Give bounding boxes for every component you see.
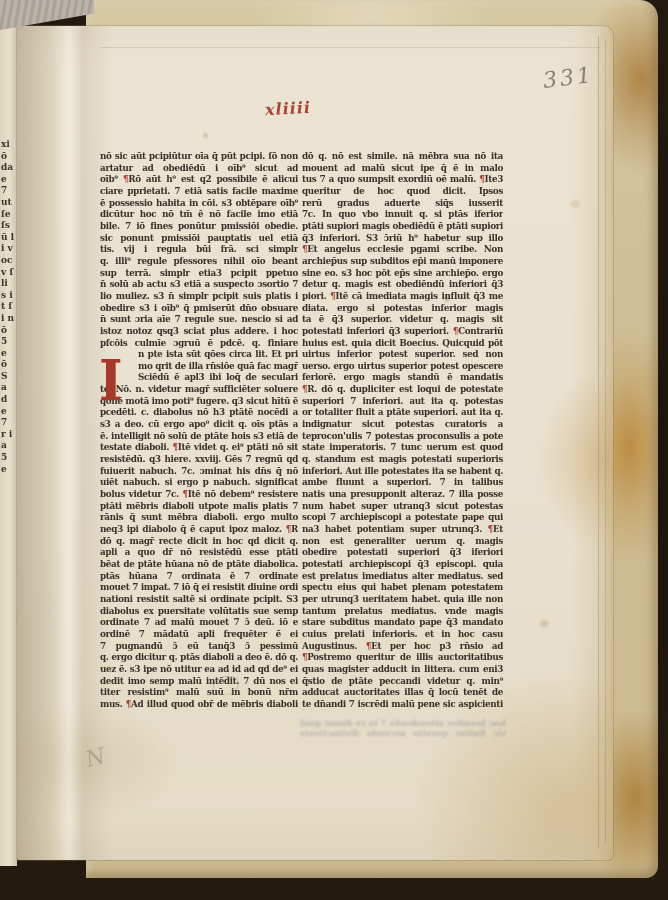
text-line: mo qrit̄ de illa rn̄siōe quā fac magr̄ xyxy=(100,362,298,374)
text-line: natis una presupponit alteraz. 7 illa po… xyxy=(302,490,503,502)
text-line: superiori 7 inferiori. aut ita q. potest… xyxy=(302,397,503,409)
text-line: queritur de hoc quod dicit. Ipsos humana… xyxy=(302,187,503,199)
text-line: sic ponunt pmissiōi pauptatis uel etiā c… xyxy=(100,234,298,246)
text-line: huius est. quia dicit Boecius. Quicquid … xyxy=(302,339,503,351)
text-line: piori. ¶Itē cā imediata magis influit q̄… xyxy=(302,292,503,304)
rubricated-pilcrow: ¶ xyxy=(173,443,178,453)
text-line: nō sic aūt pcipiūtur oīa q̄ pūt pcipi. ſ… xyxy=(100,152,298,164)
text-line: dō q. magr̄ recte dicit in hoc qd dicit … xyxy=(100,537,298,549)
text-line: ¶Postremo queritur de illis auctoritatib… xyxy=(302,653,503,665)
rubricated-pilcrow: ¶ xyxy=(366,642,371,652)
text-line: ambe fluunt a superiori. 7 in talibus de… xyxy=(302,478,503,490)
text-line: ciare pprietati. 7 etiā satis facile max… xyxy=(100,187,298,199)
text-line: num habet super utranq3 sicut potestas e… xyxy=(302,502,503,514)
text-line: scopi 7 archiepiscopi a potestate pape q… xyxy=(302,513,503,525)
text-line: oīb⁹ ¶Rō aūt h⁹ est q2 possibile ē alicu… xyxy=(100,175,298,187)
text-line: n pte ista sūt qōes circa lit. Et pri xyxy=(100,350,298,362)
text-line: rerū gradus aduerte siq̄s iusserit vicec… xyxy=(302,199,503,211)
text-line: ordinē 7 mādatū apli frequēter ē ei resi… xyxy=(100,630,298,642)
text-line: tis. vij i regula būi frā. sci simplr pr… xyxy=(100,245,298,257)
text-line: q̄3 inferiori. S3 ɔ̄riū h⁹ habetur sup i… xyxy=(302,234,503,246)
ink-showthrough: hoc breuiter attendendo 7 in re diuini q… xyxy=(300,719,506,739)
text-line: uerso. ergo uirtus superior potest opesc… xyxy=(302,362,503,374)
illuminated-initial: I xyxy=(99,350,122,413)
text-line: te dn̄andi 7 iscrēdi malū pene sic aspic… xyxy=(302,700,503,712)
text-line: uiēt nabuch. si ergo p nabuch. significa… xyxy=(100,478,298,490)
text-line: diata. ergo si potestas inferior magis i… xyxy=(302,304,503,316)
rubricated-pilcrow: ¶ xyxy=(286,525,291,535)
text-line: bolus videtur 7c. ¶Itē nō debem⁹ resiste… xyxy=(100,490,298,502)
text-line: qōnē motā imo poti⁹ fugere. q3 sicut hīt… xyxy=(100,397,298,409)
text-line: mus. ¶Ad illud quod obr̄ de mēbris diabo… xyxy=(100,700,298,712)
page-top-crease xyxy=(100,47,600,48)
text-line: testate diaboli. ¶Itē videt̄ q. ei⁹ ptāt… xyxy=(100,443,298,455)
text-line: ē. intelligit nō solū de ptāte hois s3 e… xyxy=(100,432,298,444)
rubricated-pilcrow: ¶ xyxy=(479,175,484,185)
text-line: lio muliez. s3 n̄ simplr pcipit suis pla… xyxy=(100,292,298,304)
text-line: apli a quo dr̄ nō resistēdū esse ptāti i… xyxy=(100,548,298,560)
text-line: diabolus ex puersitate volūtatis sue sem… xyxy=(100,607,298,619)
text-line: titer resistim⁹ malū suū in bonū nr̄m ɔu… xyxy=(100,688,298,700)
rubricated-pilcrow: ¶ xyxy=(302,385,307,395)
text-line: neq3 ipi diabolo q̄ ē caput ipoz maloz. … xyxy=(100,525,298,537)
showthrough-line: sic finitur questio secunda distinctioni… xyxy=(300,729,506,739)
text-line: ta ē q̄3 superior. videtur q. magis sit … xyxy=(302,315,503,327)
stain xyxy=(203,133,208,138)
text-line: bēat de ptāte hūana nō de ptāte diabolic… xyxy=(100,560,298,572)
text-column-left: nō sic aūt pcipiūtur oīa q̄ pūt pcipi. ſ… xyxy=(100,152,298,712)
text-line: resistēdū. q3 hiere. xxviij. Gēs 7 regnū… xyxy=(100,455,298,467)
text-line: 7 pugnandū ɔ̄ eū tanq̄3 ɔ̄ pessimū aduer… xyxy=(100,642,298,654)
rubricated-pilcrow: ¶ xyxy=(302,245,307,255)
text-line: detur q. magis est obediēndū inferiori q… xyxy=(302,280,503,292)
text-line: est prelatus imediatus alter mediatus. s… xyxy=(302,572,503,584)
text-line: q. ergo dicitur q. ptās diaboli a deo ē.… xyxy=(100,653,298,665)
text-line: teprocon'ulis 7 potestas proconsulis a p… xyxy=(302,432,503,444)
text-line: Augustinus. ¶Et per hoc p3 rn̄sio ad obi… xyxy=(302,642,503,654)
text-line: archiep̄us sup subditos ep̄i manū impone… xyxy=(302,257,503,269)
text-line: ē possessio habita in cōi. s3 obtēpare o… xyxy=(100,199,298,211)
text-line: tantum prelatus mediatus. vnde magis deb… xyxy=(302,607,503,619)
text-line: non est generaliter uerum q. magis oport… xyxy=(302,537,503,549)
text-line: q. standum est magis potestati superiori… xyxy=(302,455,503,467)
page-edge-line xyxy=(598,36,599,848)
facing-page-sliver: xi ō da e 7 ut ſe ſs ū li v oc v ſli s i… xyxy=(0,24,17,866)
text-line: te. Nō. n. videtur magr̄ sufficiēter sol… xyxy=(100,385,298,397)
stain xyxy=(540,620,549,627)
rubricated-pilcrow: ¶ xyxy=(330,292,335,302)
text-line: ¶Et angelus ecclesie pgami scribe. Non a… xyxy=(302,245,503,257)
facing-page-text-fragments: xi ō da e 7 ut ſe ſs ū li v oc v ſli s i… xyxy=(1,140,15,480)
text-line: ptāti mēbris diaboli utpote malis platis… xyxy=(100,502,298,514)
text-line: na3 habet potentiam super utrunq3. ¶Et t… xyxy=(302,525,503,537)
text-line: state imperatoris. 7 tunc uerum est quod… xyxy=(302,443,503,455)
text-line: q. illi⁹ regule pfessores nihil oīo bean… xyxy=(100,257,298,269)
text-line: pfcōis culmīe ɔgruū ē pdcē. q. finiare s… xyxy=(100,339,298,351)
text-line: indignatur sicut potestas curatoris a po… xyxy=(302,420,503,432)
text-line: s3 a deo. cū ergo apo⁹ dicit q. oīs ptās… xyxy=(100,420,298,432)
text-line: 7c. In quo vbo innuit q. si ptās iferior… xyxy=(302,210,503,222)
text-line: istoz notoz qsq3 sciat plus addere. i ho… xyxy=(100,327,298,339)
text-line: tus 7 a quo sumpsit exordiū oē malū. ¶It… xyxy=(302,175,503,187)
rubricated-pilcrow: ¶ xyxy=(488,525,493,535)
text-line: mouet 7 impat. 7 iō q̄ ei resistit diuin… xyxy=(100,583,298,595)
text-line: potestati archiepiscopi q̄3 episcopi. qu… xyxy=(302,560,503,572)
text-column-right: dō q. nō est simile. nā mēbra sua nō ita… xyxy=(302,152,503,712)
text-line: pcedēti. c. diabolus nō h3 ptātē nocēdi … xyxy=(100,408,298,420)
text-line: fuiuerit nabuch. 7c. ɔminat̄ his dn̄s q̄… xyxy=(100,467,298,479)
text-line: obedire potestati superiori q̄3 iferiori… xyxy=(302,548,503,560)
text-line: rānis q̄ sunt mēbra diaboli. ergo multo … xyxy=(100,513,298,525)
text-line: ¶R̄. dō q. dupliciter est loqui de potes… xyxy=(302,385,503,397)
text-line: adducat auctoritates illas q̄ locū tenēt… xyxy=(302,688,503,700)
text-line: nationi resistit saltē si ordinate pcipi… xyxy=(100,595,298,607)
chapter-heading: xliiii xyxy=(258,97,319,119)
text-line: stare subditus mandato pape q̄3 mandato … xyxy=(302,618,503,630)
rubricated-pilcrow: ¶ xyxy=(453,327,458,337)
page-edge-line xyxy=(605,40,606,844)
showthrough-line: hoc breuiter attendendo 7 in re diuini q… xyxy=(300,719,506,729)
text-line: per utrunq3 ueritatem habet. quia ille n… xyxy=(302,595,503,607)
text-line: uirtus inferior potest superior. sed non… xyxy=(302,350,503,362)
text-line: bile. 7 iō fines ponūtur pmissiōi obedie… xyxy=(100,222,298,234)
text-line: dedit imo semp malū intēdit. 7 dū nos ei… xyxy=(100,677,298,689)
text-line: mouent ad malū sicut ipe q̄ ē in malo ob… xyxy=(302,164,503,176)
text-line: Sciēdū ē apl3 ibi loq̄ de seculari ptā xyxy=(100,373,298,385)
text-line: ptāti supiori magis obediēdū ē ptāti sup… xyxy=(302,222,503,234)
text-line: n̄ sunt ɔria aīe 7 regule sue. nescio si… xyxy=(100,315,298,327)
manuscript-photo: xi ō da e 7 ut ſe ſs ū li v oc v ſli s i… xyxy=(0,0,668,900)
text-line: sine eo. s3 hoc pōt ep̄s sine archiep̄o.… xyxy=(302,269,503,281)
text-line: sup terrā. simplr etia3 pcipit ppetuo ɔt… xyxy=(100,269,298,281)
text-line: ordinate 7 ad malū mouet 7 ɔ̄ deū. iō e … xyxy=(100,618,298,630)
text-line: artatur ad obediēdū i oīb⁹ sicut ad renū… xyxy=(100,164,298,176)
text-line: dicūtur hoc nō tm̄ ē nō facile imo etiā … xyxy=(100,210,298,222)
text-line: cuius prelati inferioris. et in hoc casu… xyxy=(302,630,503,642)
text-line: uez ē. s3 ipe nō utitur ea ad id ad qd d… xyxy=(100,665,298,677)
text-line: inferiori. Aut ille potestates ita se ha… xyxy=(302,467,503,479)
text-line: n̄ solū ab actu s3 etiā a suspecto ɔsort… xyxy=(100,280,298,292)
text-line: feriorē. ergo magis standū ē mandatis ip… xyxy=(302,373,503,385)
text-line: q̄stio de ptāte peccandi videtur q. min⁹… xyxy=(302,677,503,689)
text-line: dō q. nō est simile. nā mēbra sua nō ita… xyxy=(302,152,503,164)
text-line: spectu eius qui habet plenam potestatem … xyxy=(302,583,503,595)
rubricated-pilcrow: ¶ xyxy=(126,700,131,710)
text-line: obedire s3 i oīb⁹ q̄ pmiserūt dn̄o obsua… xyxy=(100,304,298,316)
text-line: or totaliter fluit a ptāte superiori. au… xyxy=(302,408,503,420)
text-line: quas magister adducit in littera. cum en… xyxy=(302,665,503,677)
text-line: potestati inferiori q̄3 superiori. ¶Cont… xyxy=(302,327,503,339)
rubricated-pilcrow: ¶ xyxy=(123,175,128,185)
rubricated-pilcrow: ¶ xyxy=(302,653,307,663)
rubricated-pilcrow: ¶ xyxy=(182,490,187,500)
text-line: ptās hūana 7 ordinata ē 7 ordinate freq̄… xyxy=(100,572,298,584)
stain xyxy=(570,200,580,208)
